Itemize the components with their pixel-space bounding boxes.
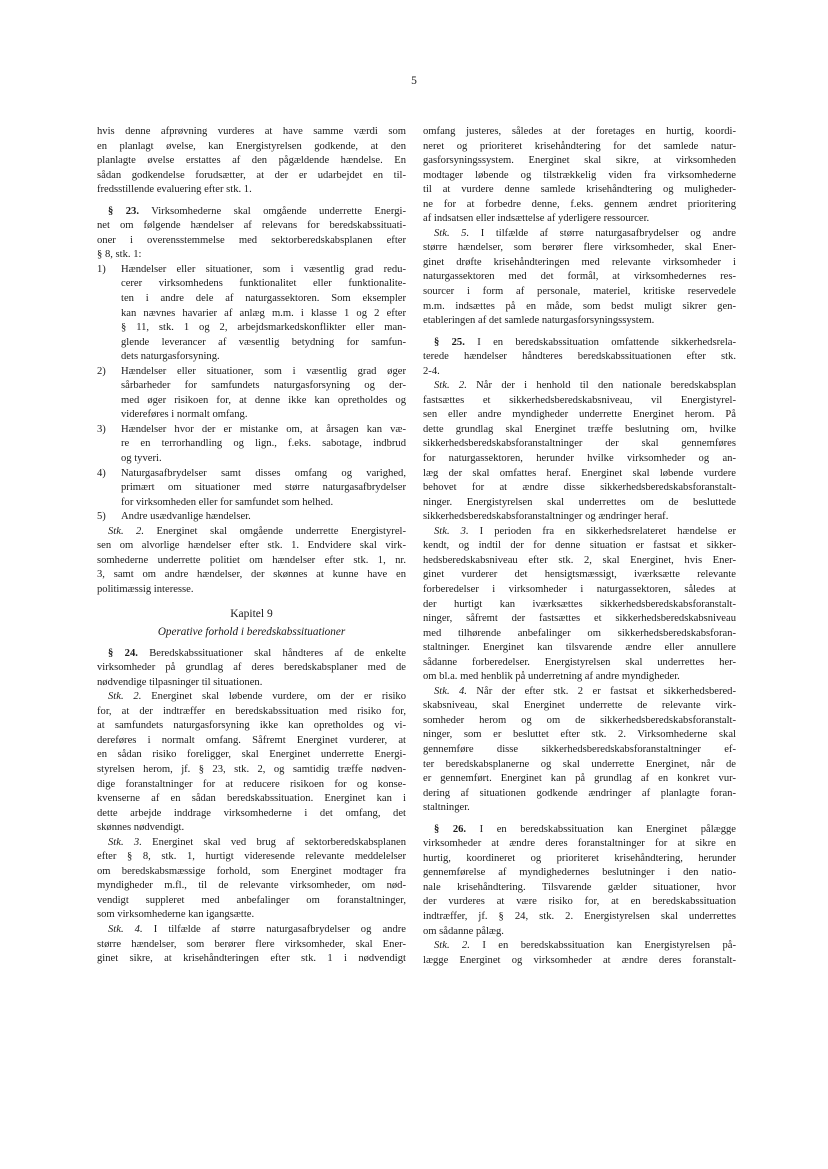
text-line: § 8, stk. 1: xyxy=(97,248,406,263)
text-line: skabsniveau, skal Energinet underrette d… xyxy=(423,699,736,714)
text-line: dering af situationen godkende ændringer… xyxy=(423,787,736,802)
text-line: nødvendige tilpasninger til situationen. xyxy=(97,676,406,691)
section-number: § 26. xyxy=(434,824,466,835)
text-line: naturgassektoren med det formål, at virk… xyxy=(423,270,736,285)
text-line: ne for at forbedre denne, f.eks. gennem … xyxy=(423,198,736,213)
text-line: sourcer i form af personale, materiel, k… xyxy=(423,285,736,300)
text-line: m.m. indsættes på en måde, som bedst mul… xyxy=(423,300,736,315)
text-line: ter beredskabsplanerne og skal underrett… xyxy=(423,758,736,773)
subsection-label: Stk. 4. xyxy=(108,924,143,935)
text-line: større hændelser, som berører flere virk… xyxy=(97,938,406,953)
section-24: § 24. Beredskabssituationer skal håndter… xyxy=(97,647,406,967)
text-line: staltninger. Energinet kan tilsvarende æ… xyxy=(423,641,736,656)
subsection-label: Stk. 3. xyxy=(108,837,142,848)
text-line: større hændelser, som berører flere virk… xyxy=(423,241,736,256)
section-26: § 26. I en beredskabssituation kan Energ… xyxy=(423,823,736,968)
text-line: behovet for at ændre disse sikkerhedsber… xyxy=(423,481,736,496)
text-line: Hændelser hvor der er mistanke om, at år… xyxy=(97,423,406,438)
text-line: fastsættes et sikkerhedsberedskabsniveau… xyxy=(423,394,736,409)
text-line: Naturgasafbrydelser samt disses omfang o… xyxy=(97,467,406,482)
text-line: myndigheder m.fl., til de relevante virk… xyxy=(97,879,406,894)
text-line: af indsatsen eller indsættelse af yderli… xyxy=(423,212,736,227)
text-line: § 24. Beredskabssituationer skal håndter… xyxy=(97,647,406,662)
text-line: vendigt suppleret med anbefalinger om fo… xyxy=(97,894,406,909)
list-number: 2) xyxy=(97,365,106,380)
chapter-subtitle: Operative forhold i beredskabssituatione… xyxy=(97,625,406,640)
section-23: § 23. Virksomhederne skal omgående under… xyxy=(97,205,406,598)
text-line: somheder herom og om de sikkerhedsbereds… xyxy=(423,714,736,729)
text-line: sikkerhedsberedskabsforanstaltninger der… xyxy=(423,437,736,452)
list-number: 5) xyxy=(97,510,106,525)
text-line: hedsberedskabsniveau efter stk. 2, skal … xyxy=(423,554,736,569)
text-line: ninger, såfremt der fastsættes et sikker… xyxy=(423,612,736,627)
text-line: dette arbejde inddrage virksomhederne i … xyxy=(97,807,406,822)
section-25: § 25. I en beredskabssituation omfattend… xyxy=(423,336,736,816)
text-line: gennemførelse af myndighedernes beslutni… xyxy=(423,866,736,881)
text-line: sårbarheder for samfundets naturgasforsy… xyxy=(97,379,406,394)
text-line: modtager løbende og tilstrækkelig viden … xyxy=(423,169,736,184)
text-line: Stk. 2. Energinet skal løbende vurdere, … xyxy=(97,690,406,705)
text-line: § 25. I en beredskabssituation omfattend… xyxy=(423,336,736,351)
text-line: ten i andre dele af naturgassektoren. So… xyxy=(97,292,406,307)
subsection-label: Stk. 2. xyxy=(108,691,141,702)
list-item: 1) Hændelser eller situationer, som i væ… xyxy=(97,263,406,365)
subsection-label: Stk. 5. xyxy=(434,228,469,239)
text-line: dette grundlag skal Energinet træffe bes… xyxy=(423,423,736,438)
page-number: 5 xyxy=(0,75,828,87)
text-line: virksomheder på grundlag af deres bereds… xyxy=(97,661,406,676)
text-line: Stk. 4. Når der efter stk. 2 er fastsat … xyxy=(423,685,736,700)
text-line: Hændelser eller situationer, som i væsen… xyxy=(97,263,406,278)
text-line: indtræffer, jf. § 24, stk. 2. Energistyr… xyxy=(423,910,736,925)
text-line: efter § 8, stk. 1, hurtigt videresende r… xyxy=(97,850,406,865)
text-line: somhederne underrette politiet om hændel… xyxy=(97,554,406,569)
text-line: for virksomheden eller for samfundet som… xyxy=(97,496,406,511)
list-number: 1) xyxy=(97,263,106,278)
right-column: omfang justeres, således at der foretage… xyxy=(423,125,736,968)
text-line: der vurderes at være risiko for, at en b… xyxy=(423,895,736,910)
text-line: Stk. 3. Energinet skal ved brug af sekto… xyxy=(97,836,406,851)
text-line: ginet sikre, at krisehåndteringen efter … xyxy=(97,952,406,967)
text-line: § 23. Virksomhederne skal omgående under… xyxy=(97,205,406,220)
text-line: etableringen af det samlede naturgasfors… xyxy=(423,314,736,329)
text-line: om sådanne pålæg. xyxy=(423,925,736,940)
subsection-label: Stk. 2. xyxy=(434,940,470,951)
text-line: skønnes nødvendigt. xyxy=(97,821,406,836)
text-line: politimæssig interesse. xyxy=(97,583,406,598)
chapter-title: Kapitel 9 xyxy=(97,607,406,622)
text-line: kendt, og indtil der for denne situation… xyxy=(423,539,736,554)
text-line: for naturgassektoren, herunder hvilke vi… xyxy=(423,452,736,467)
text-line: oner i overensstemmelse med sektorbereds… xyxy=(97,234,406,249)
text-line: dereføres i normalt omfang. Såfremt Ener… xyxy=(97,734,406,749)
text-line: videreføres i normalt omfang. xyxy=(97,408,406,423)
text-line: re en terrorhandling og lign., f.eks. sa… xyxy=(97,437,406,452)
text-line: lægge Energinet og virksomheder at ændre… xyxy=(423,954,736,969)
text-line: nale krisehåndtering. Tilsvarende gælder… xyxy=(423,881,736,896)
subsection-label: Stk. 4. xyxy=(434,686,467,697)
text-line: for, at der indtræffer en beredskabssitu… xyxy=(97,705,406,720)
text-line: staltninger. xyxy=(423,801,736,816)
text-line: ninger. Energistyrelsen skal underrettes… xyxy=(423,496,736,511)
text-line: er gennemført. Energinet kan på grundlag… xyxy=(423,772,736,787)
text-line: Stk. 2. I en beredskabssituation kan Ene… xyxy=(423,939,736,954)
text-line: om beredskabsmæssige forhold, som Energi… xyxy=(97,865,406,880)
text-line: net om følgende hændelser af relevans fo… xyxy=(97,219,406,234)
text-line: at samfundets naturgasforsyning ikke kan… xyxy=(97,719,406,734)
text-line: til at vurdere denne samlede krisehåndte… xyxy=(423,183,736,198)
text-line: forberedelser i virksomheder i naturgass… xyxy=(423,583,736,598)
text-line: cerer virksomhedens funktionalitet eller… xyxy=(97,277,406,292)
text-line: Andre usædvanlige hændelser. xyxy=(97,510,406,525)
text-line: sådan godkendelse forudsætter, at der er… xyxy=(97,169,406,184)
text-line: § 11, stk. 1 og 2, arbejdsmarkedskonflik… xyxy=(97,321,406,336)
subsection-label: Stk. 3. xyxy=(434,526,469,537)
text-line: ninger, som er besluttet efter stk. 2. V… xyxy=(423,728,736,743)
text-line: virksomheder at ændre deres foranstaltni… xyxy=(423,837,736,852)
text-line: Stk. 2. Når der i henhold til den nation… xyxy=(423,379,736,394)
text-line: 2-4. xyxy=(423,365,736,380)
text-line: og tyveri. xyxy=(97,452,406,467)
subsection-label: Stk. 2. xyxy=(108,526,144,537)
section-number: § 25. xyxy=(434,337,465,348)
text-line: sen eller andre myndigheder underrette E… xyxy=(423,408,736,423)
text-line: omfang justeres, således at der foretage… xyxy=(423,125,736,140)
list-item: 3) Hændelser hvor der er mistanke om, at… xyxy=(97,423,406,467)
text-line: neret og prioriteret krisehåndtering for… xyxy=(423,140,736,155)
text-line: sen om alvorlige hændelser efter stk. 1.… xyxy=(97,539,406,554)
text-line: Stk. 2. Energinet skal omgående underret… xyxy=(97,525,406,540)
text-line: planlagte øvelse erstattes af den pågæld… xyxy=(97,154,406,169)
text-line: glende leverancer af væsentlig betydning… xyxy=(97,336,406,351)
text-line: terede hændelser håndteres beredskabssit… xyxy=(423,350,736,365)
text-line: sikkerhedsberedskabsforanstaltninger og … xyxy=(423,510,736,525)
text-line: Stk. 4. I tilfælde af større naturgasafb… xyxy=(97,923,406,938)
text-line: med tilhørende anbefalinger om sikkerhed… xyxy=(423,627,736,642)
paragraph-continuation: hvis denne afprøvning vurderes at have s… xyxy=(97,125,406,198)
section-24-stk-5: Stk. 5. I tilfælde af større naturgasafb… xyxy=(423,227,736,329)
text-line: om bl.a. med henblik på underretning af … xyxy=(423,670,736,685)
text-line: ginet vurderer det hensigtsmæssigt, ivær… xyxy=(423,568,736,583)
list-number: 4) xyxy=(97,467,106,482)
text-line: Stk. 5. I tilfælde af større naturgasafb… xyxy=(423,227,736,242)
text-line: dige foranstaltninger for at reducere ri… xyxy=(97,778,406,793)
text-line: dets naturgasforsyning. xyxy=(97,350,406,365)
text-line: hurtig, koordineret og prioriteret krise… xyxy=(423,852,736,867)
text-line: 3, samt om andre hændelser, der skønnes … xyxy=(97,568,406,583)
text-line: gennemføre disse sikkerhedsberedskabsfor… xyxy=(423,743,736,758)
subsection-label: Stk. 2. xyxy=(434,380,467,391)
list-item: 5) Andre usædvanlige hændelser. xyxy=(97,510,406,525)
text-line: § 26. I en beredskabssituation kan Energ… xyxy=(423,823,736,838)
text-line: primært om situationer med større naturg… xyxy=(97,481,406,496)
text-line: der hurtigt kan iværksættes sikkerhedsbe… xyxy=(423,598,736,613)
text-line: ginet drøfte krisehåndteringen med relev… xyxy=(423,256,736,271)
left-column: hvis denne afprøvning vurderes at have s… xyxy=(97,125,406,967)
section-number: § 24. xyxy=(108,648,138,659)
text-line: hvis denne afprøvning vurderes at have s… xyxy=(97,125,406,140)
text-line: sådanne forberedelser. Energistyrelsen s… xyxy=(423,656,736,671)
list-item: 4) Naturgasafbrydelser samt disses omfan… xyxy=(97,467,406,511)
text-line: gasforsyningssystem. Energinet skal sikr… xyxy=(423,154,736,169)
text-line: med øger risikoen for, at denne ikke kan… xyxy=(97,394,406,409)
paragraph-continuation: omfang justeres, således at der foretage… xyxy=(423,125,736,227)
text-line: læg der skal omfattes heraf. Energinet s… xyxy=(423,467,736,482)
text-line: styrelsen herom, jf. § 23, stk. 2, og sa… xyxy=(97,763,406,778)
list-number: 3) xyxy=(97,423,106,438)
text-line: fredsstillende evaluering efter stk. 1. xyxy=(97,183,406,198)
text-line: en planlagt øvelse, kan Energistyrelsen … xyxy=(97,140,406,155)
text-line: kvenserne af en sådan beredskabssituatio… xyxy=(97,792,406,807)
text-line: Stk. 3. I perioden fra en sikkerhedsrela… xyxy=(423,525,736,540)
section-number: § 23. xyxy=(108,206,139,217)
text-line: kan nævnes havarier af anlæg m.m. i klas… xyxy=(97,307,406,322)
list-item: 2) Hændelser eller situationer, som i væ… xyxy=(97,365,406,423)
text-line: Hændelser eller situationer, som i væsen… xyxy=(97,365,406,380)
text-line: som virksomhederne kan igangsætte. xyxy=(97,908,406,923)
text-line: en sådan risiko foreligger, skal Energin… xyxy=(97,748,406,763)
